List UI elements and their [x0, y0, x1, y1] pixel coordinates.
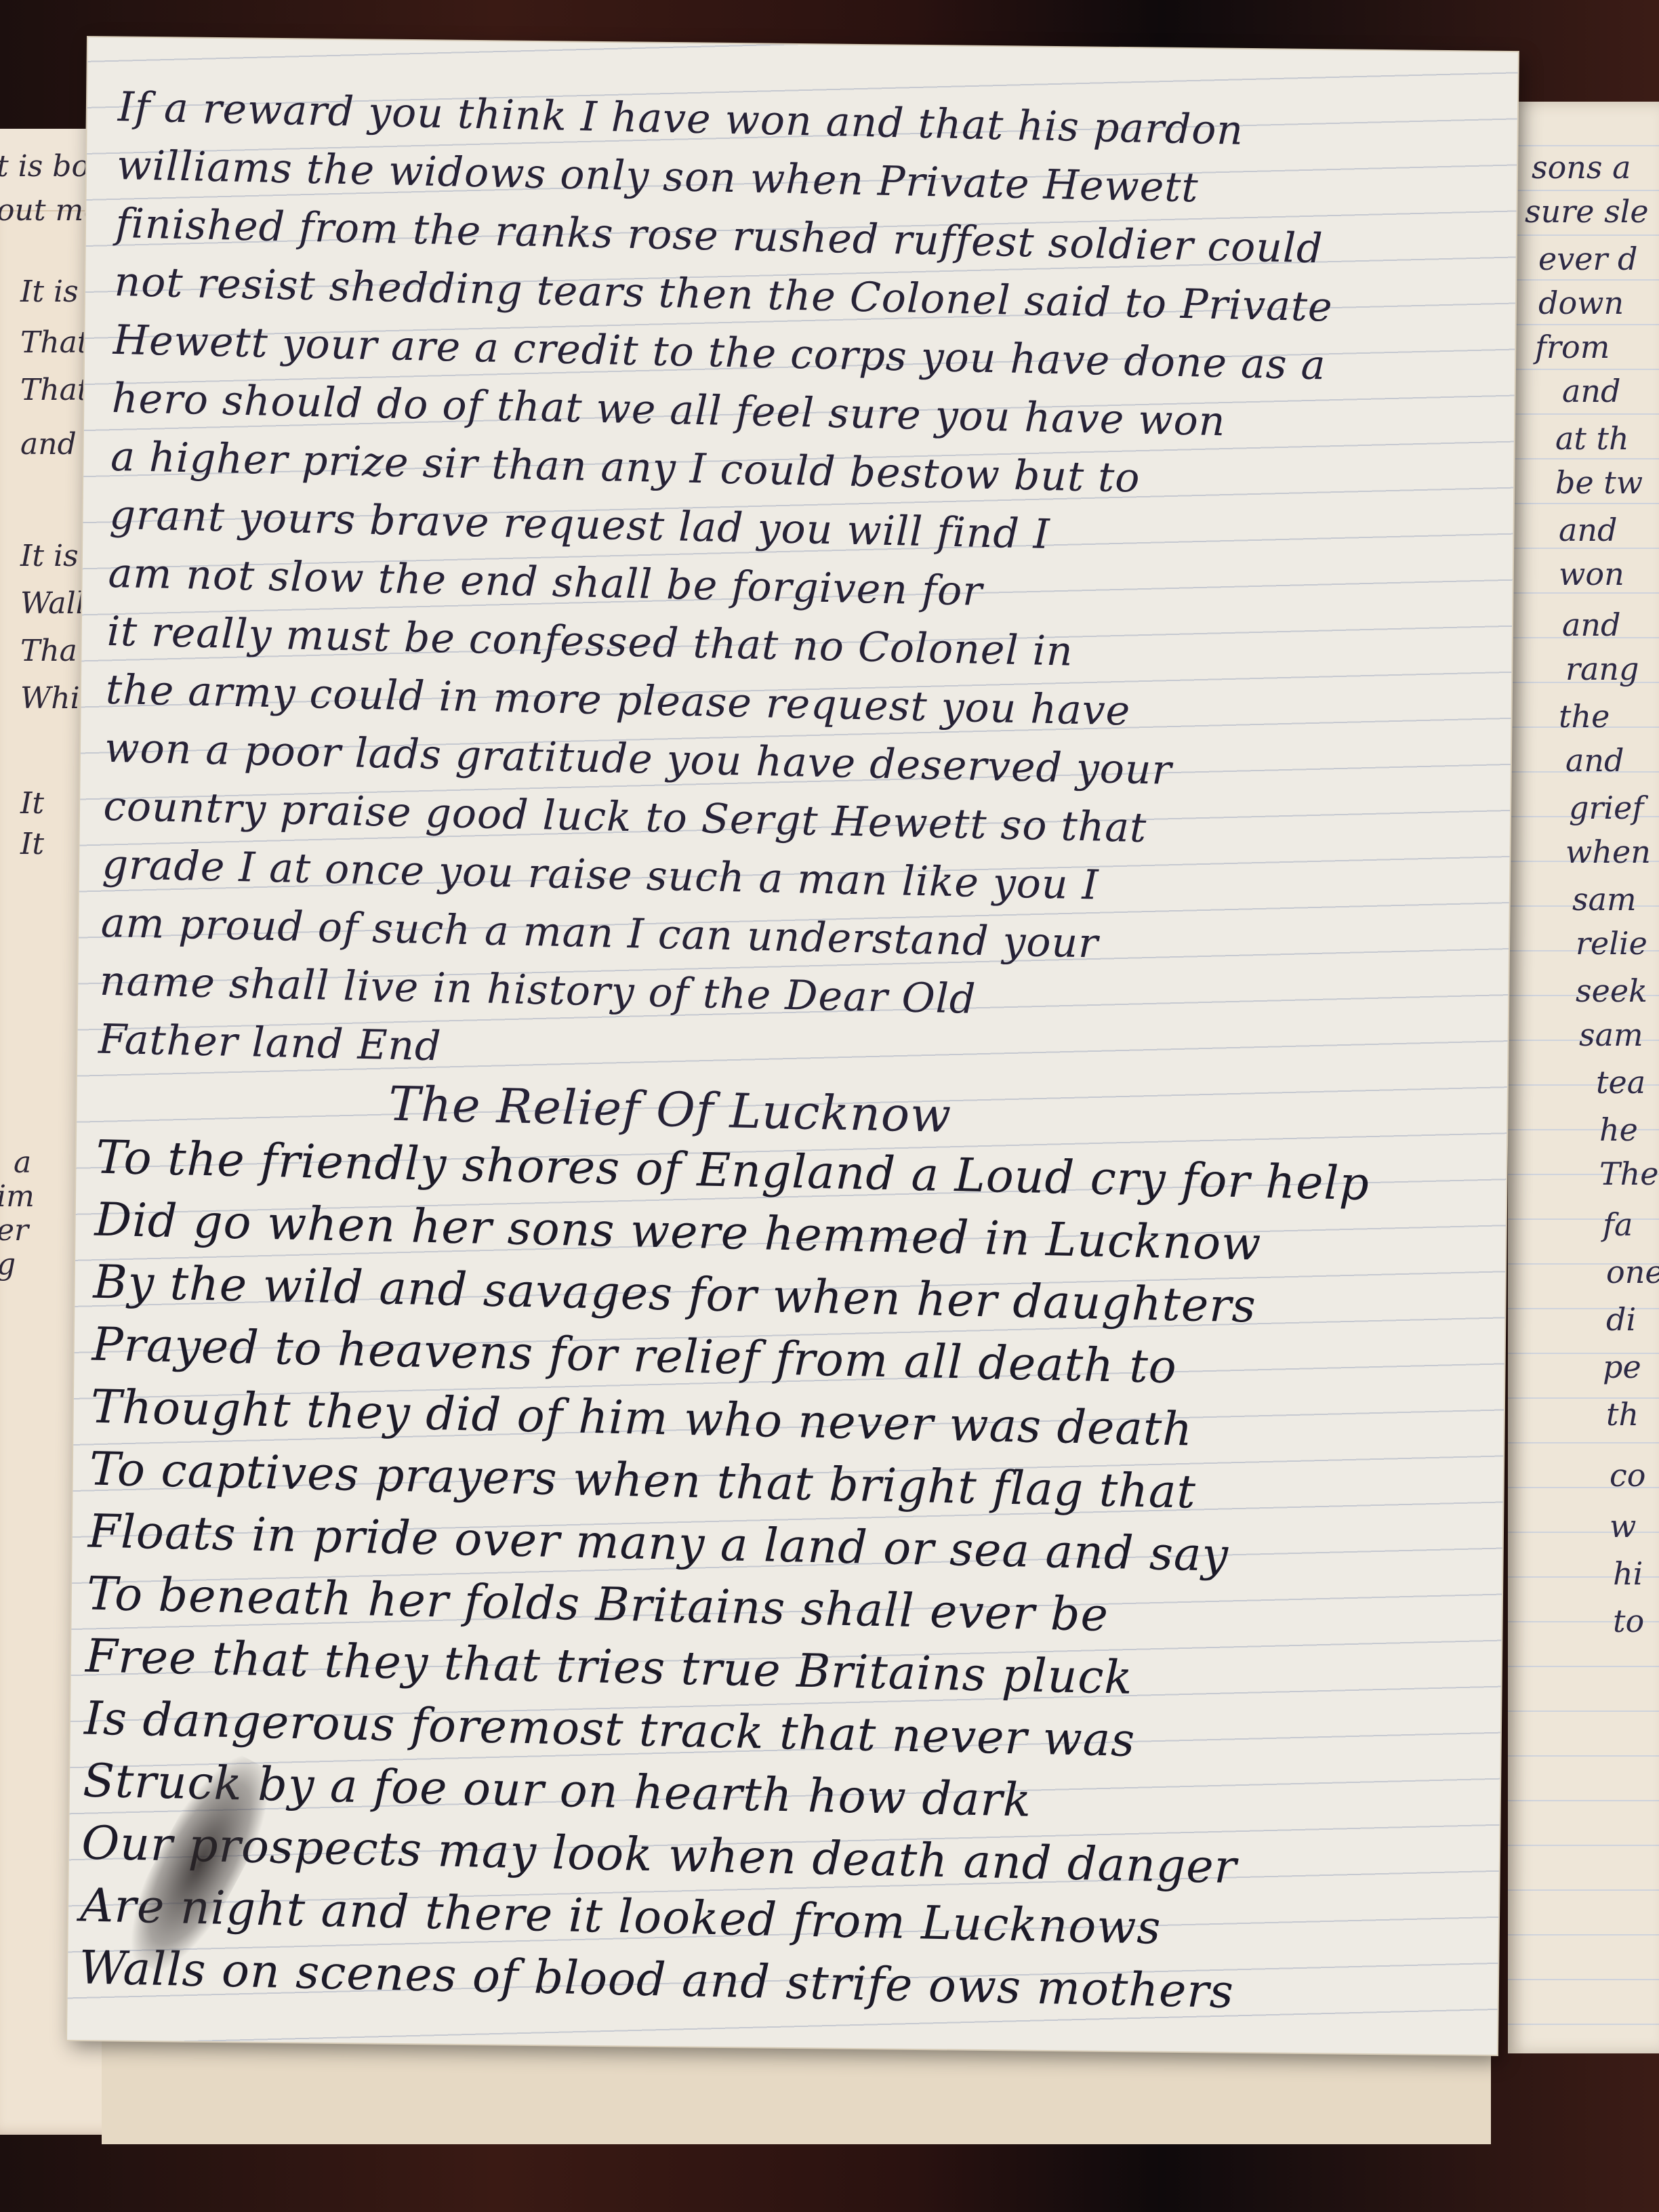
left-line: It is: [20, 539, 79, 573]
right-line: at th: [1555, 420, 1629, 457]
right-line: be tw: [1555, 464, 1643, 501]
right-line: The: [1599, 1155, 1659, 1192]
right-line: when: [1565, 834, 1651, 870]
left-line: It is: [20, 274, 79, 309]
left-fragment: er: [0, 1213, 28, 1248]
right-line: he: [1599, 1111, 1638, 1148]
right-line: tea: [1596, 1064, 1645, 1101]
left-fragment: g: [0, 1247, 16, 1282]
right-line: and: [1565, 742, 1624, 779]
right-line: from: [1535, 329, 1610, 365]
right-line: and: [1559, 512, 1618, 548]
right-line: rang: [1565, 651, 1639, 687]
right-page-fragment: sons a sure sle ever d down from and at …: [1508, 102, 1659, 2053]
right-line: and: [1562, 373, 1621, 409]
left-fragment: im: [0, 1179, 35, 1214]
left-line: It: [20, 827, 44, 861]
left-line: Tha: [20, 634, 77, 668]
right-line: sam: [1572, 881, 1637, 918]
right-line: sam: [1579, 1017, 1643, 1053]
right-line: fa: [1603, 1206, 1633, 1243]
left-fragment: a: [14, 1145, 31, 1180]
right-line: grief: [1569, 790, 1643, 826]
right-line: down: [1538, 285, 1624, 321]
left-line: That: [20, 373, 89, 407]
right-line: sure sle: [1525, 193, 1649, 230]
right-line: di: [1606, 1301, 1636, 1338]
left-line: It: [20, 786, 44, 821]
right-line: sons a: [1532, 149, 1631, 186]
right-line: ever d: [1538, 241, 1638, 277]
manuscript-text: If a reward you think I have won and tha…: [79, 78, 1521, 2029]
left-line: That: [20, 325, 89, 360]
right-line: relie: [1576, 925, 1647, 962]
left-line: Whi: [20, 681, 80, 716]
right-line: to: [1613, 1603, 1644, 1639]
right-line: co: [1610, 1457, 1645, 1494]
right-line: hi: [1613, 1555, 1643, 1592]
left-line: and: [20, 427, 77, 462]
right-line: th: [1606, 1396, 1639, 1433]
right-line: the: [1559, 698, 1610, 735]
right-line: one: [1606, 1254, 1659, 1290]
right-line: seek: [1576, 972, 1647, 1009]
right-line: and: [1562, 607, 1621, 643]
right-line: w: [1610, 1508, 1636, 1544]
right-line: pe: [1603, 1349, 1641, 1385]
right-line: won: [1559, 556, 1624, 592]
